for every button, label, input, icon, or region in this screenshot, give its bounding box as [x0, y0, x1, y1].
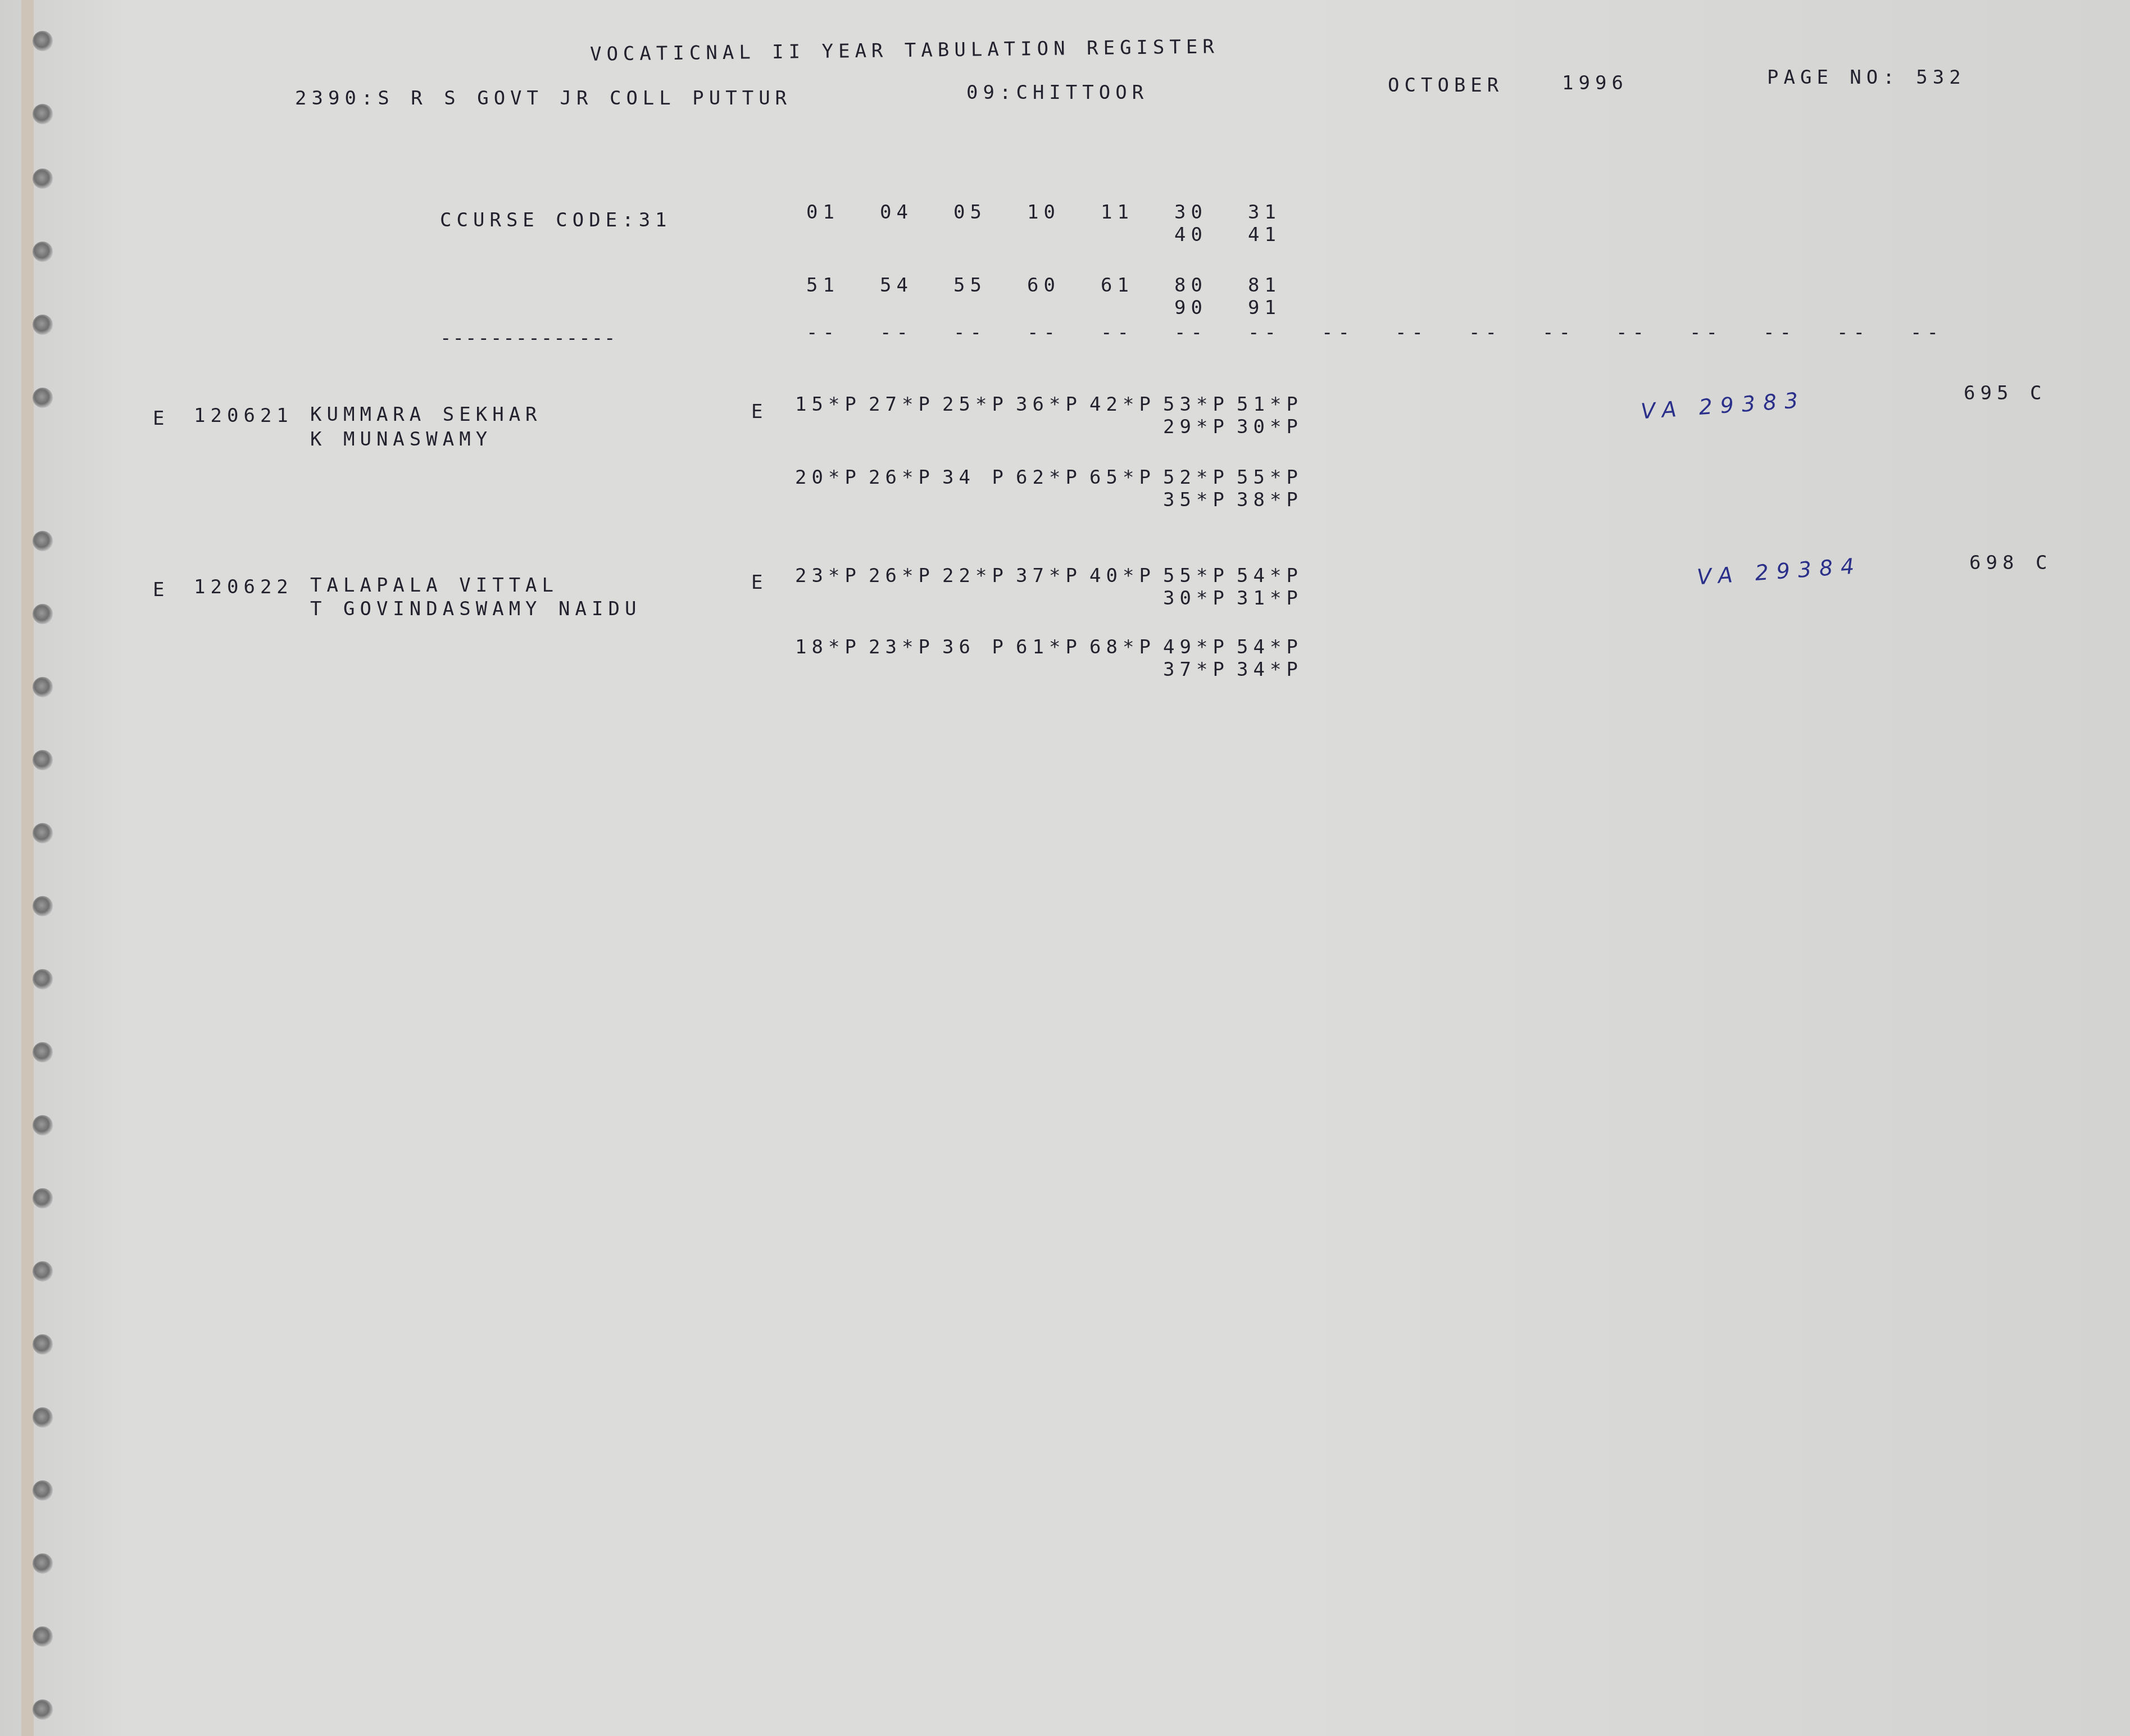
student-name: KUMMARA SEKHAR — [310, 403, 542, 426]
subject-code: 31 — [1248, 201, 1321, 224]
subject-code: 11 — [1101, 201, 1174, 246]
subject-codes-row1: 01 04 05 10 11 3040 3141 — [806, 201, 1321, 246]
subject-code: 01 — [806, 201, 880, 246]
subject-code-sub: 91 — [1248, 297, 1321, 319]
dash-separator: -- — [1910, 321, 1984, 344]
mark-cell: 25*P — [942, 393, 1016, 438]
exam-month: OCTOBER — [1388, 74, 1504, 97]
mark-cell: 36 P — [942, 636, 1016, 681]
student-name: TALAPALA VITTAL — [310, 574, 558, 597]
course-code-label: CCURSE CODE:31 — [440, 209, 672, 231]
punch-hole-icon — [33, 531, 53, 551]
register-title: VOCATICNAL II YEAR TABULATION REGISTER — [590, 35, 1219, 66]
mark-cell: 54*P — [1237, 636, 1310, 658]
total-marks: 698 C — [1969, 552, 2052, 574]
mark-cell-sub: 37*P — [1163, 658, 1237, 681]
dash-separator: -- — [1027, 321, 1101, 344]
punch-hole-icon — [33, 750, 53, 770]
subject-code: 05 — [953, 201, 1027, 246]
subject-code: 81 — [1248, 274, 1321, 297]
punch-hole-icon — [33, 677, 53, 697]
marks-row2: 18*P 23*P 36 P 61*P 68*P 49*P37*P 54*P34… — [795, 636, 1310, 681]
mark-stack: 53*P29*P — [1163, 393, 1237, 438]
dash-separator: -- — [1321, 321, 1395, 344]
district-name: 09:CHITTOOR — [966, 81, 1148, 104]
subject-code: 80 — [1174, 274, 1248, 297]
punch-hole-icon — [33, 1553, 53, 1574]
dash-separator: -- — [1101, 321, 1174, 344]
dash-separator: -- — [1616, 321, 1690, 344]
subject-code-sub: 41 — [1248, 224, 1321, 246]
dash-separator: -- — [1763, 321, 1837, 344]
paper-margin-edge — [21, 0, 34, 1736]
mark-cell-sub: 30*P — [1237, 416, 1310, 438]
punch-hole-icon — [33, 1334, 53, 1355]
mark-stack: 51*P30*P — [1237, 393, 1310, 438]
subject-code: 10 — [1027, 201, 1101, 246]
punch-hole-icon — [33, 1626, 53, 1647]
subject-code: 55 — [953, 274, 1027, 319]
mark-cell: 68*P — [1089, 636, 1163, 681]
marks-row1: 23*P 26*P 22*P 37*P 40*P 55*P30*P 54*P31… — [795, 565, 1310, 610]
total-marks: 695 C — [1964, 382, 2046, 405]
dash-separator: -- — [1837, 321, 1910, 344]
dash-separator: -- — [1690, 321, 1763, 344]
hall-ticket-number: 120622 — [194, 576, 293, 598]
mark-cell: 23*P — [869, 636, 942, 681]
mark-cell: 26*P — [869, 466, 942, 511]
mark-cell: 52*P — [1163, 466, 1237, 489]
mark-cell: 27*P — [869, 393, 942, 438]
punch-hole-icon — [33, 1188, 53, 1208]
student-category: E — [153, 407, 169, 430]
punch-hole-icon — [33, 1407, 53, 1428]
mark-cell-sub: 30*P — [1163, 587, 1237, 610]
father-name: K MUNASWAMY — [310, 428, 492, 451]
dash-separator: -- — [1248, 321, 1321, 344]
mark-stack: 54*P31*P — [1237, 565, 1310, 610]
subject-code: 54 — [880, 274, 953, 319]
mark-cell: 40*P — [1089, 565, 1163, 610]
medium: E — [751, 401, 767, 423]
mark-cell-sub: 29*P — [1163, 416, 1237, 438]
mark-cell: 65*P — [1089, 466, 1163, 511]
subject-code: 60 — [1027, 274, 1101, 319]
handwritten-serial: VA 29383 — [1640, 388, 1807, 424]
hall-ticket-number: 120621 — [194, 405, 293, 427]
punch-hole-icon — [33, 242, 53, 262]
column-dash-separators: -- -- -- -- -- -- -- -- -- -- -- -- -- -… — [806, 321, 1984, 344]
subject-code: 30 — [1174, 201, 1248, 224]
punch-hole-icon — [33, 1261, 53, 1281]
marks-row1: 15*P 27*P 25*P 36*P 42*P 53*P29*P 51*P30… — [795, 393, 1310, 438]
mark-cell: 36*P — [1016, 393, 1089, 438]
punch-hole-icon — [33, 315, 53, 335]
subject-code-sub: 90 — [1174, 297, 1248, 319]
mark-cell: 23*P — [795, 565, 869, 610]
mark-cell-sub: 34*P — [1237, 658, 1310, 681]
dash-separator: -- — [1395, 321, 1469, 344]
mark-cell: 61*P — [1016, 636, 1089, 681]
mark-cell: 22*P — [942, 565, 1016, 610]
marks-row2: 20*P 26*P 34 P 62*P 65*P 52*P35*P 55*P38… — [795, 466, 1310, 511]
mark-cell: 26*P — [869, 565, 942, 610]
punch-hole-icon — [33, 604, 53, 624]
mark-cell: 53*P — [1163, 393, 1237, 416]
mark-cell: 54*P — [1237, 565, 1310, 587]
subject-code: 61 — [1101, 274, 1174, 319]
medium: E — [751, 571, 767, 594]
subject-codes-row2: 51 54 55 60 61 8090 8191 — [806, 274, 1321, 319]
college-name: 2390:S R S GOVT JR COLL PUTTUR — [295, 87, 792, 110]
student-category: E — [153, 579, 169, 601]
punch-hole-icon — [33, 896, 53, 916]
father-name: T GOVINDASWAMY NAIDU — [310, 598, 641, 620]
page-number: PAGE NO: 532 — [1767, 66, 1966, 89]
mark-cell-sub: 38*P — [1237, 489, 1310, 511]
subject-code-stack: 8090 — [1174, 274, 1248, 319]
mark-cell: 18*P — [795, 636, 869, 681]
subject-code-stack: 3141 — [1248, 201, 1321, 246]
mark-cell: 20*P — [795, 466, 869, 511]
dash-separator: -- — [880, 321, 953, 344]
exam-year: 1996 — [1562, 72, 1628, 94]
mark-cell-sub: 31*P — [1237, 587, 1310, 610]
subject-code: 51 — [806, 274, 880, 319]
dash-separator: -- — [1542, 321, 1616, 344]
punch-hole-icon — [33, 104, 53, 124]
punch-hole-icon — [33, 1480, 53, 1501]
handwritten-serial: VA 29384 — [1696, 553, 1863, 589]
mark-cell: 55*P — [1237, 466, 1310, 489]
dash-separator: -- — [1469, 321, 1542, 344]
dash-separator: -- — [806, 321, 880, 344]
mark-stack: 49*P37*P — [1163, 636, 1237, 681]
mark-cell: 49*P — [1163, 636, 1237, 658]
mark-cell: 55*P — [1163, 565, 1237, 587]
subject-code-stack: 3040 — [1174, 201, 1248, 246]
punch-hole-icon — [33, 1115, 53, 1135]
punch-hole-icon — [33, 1699, 53, 1720]
punch-hole-icon — [33, 1042, 53, 1062]
punch-hole-icon — [33, 31, 53, 51]
dash-separator: -- — [953, 321, 1027, 344]
mark-cell: 15*P — [795, 393, 869, 438]
register-sheet: VOCATICNAL II YEAR TABULATION REGISTER 2… — [0, 0, 2130, 1736]
punch-hole-icon — [33, 169, 53, 189]
mark-cell-sub: 35*P — [1163, 489, 1237, 511]
punch-hole-icon — [33, 388, 53, 408]
mark-stack: 54*P34*P — [1237, 636, 1310, 681]
mark-stack: 55*P38*P — [1237, 466, 1310, 511]
punch-hole-icon — [33, 969, 53, 989]
mark-stack: 52*P35*P — [1163, 466, 1237, 511]
subject-code-sub: 40 — [1174, 224, 1248, 246]
mark-cell: 37*P — [1016, 565, 1089, 610]
course-code-underline: -------------- — [440, 327, 617, 349]
mark-cell: 51*P — [1237, 393, 1310, 416]
mark-cell: 34 P — [942, 466, 1016, 511]
mark-cell: 62*P — [1016, 466, 1089, 511]
subject-code-stack: 8191 — [1248, 274, 1321, 319]
mark-stack: 55*P30*P — [1163, 565, 1237, 610]
punch-hole-icon — [33, 823, 53, 843]
dash-separator: -- — [1174, 321, 1248, 344]
subject-code: 04 — [880, 201, 953, 246]
mark-cell: 42*P — [1089, 393, 1163, 438]
